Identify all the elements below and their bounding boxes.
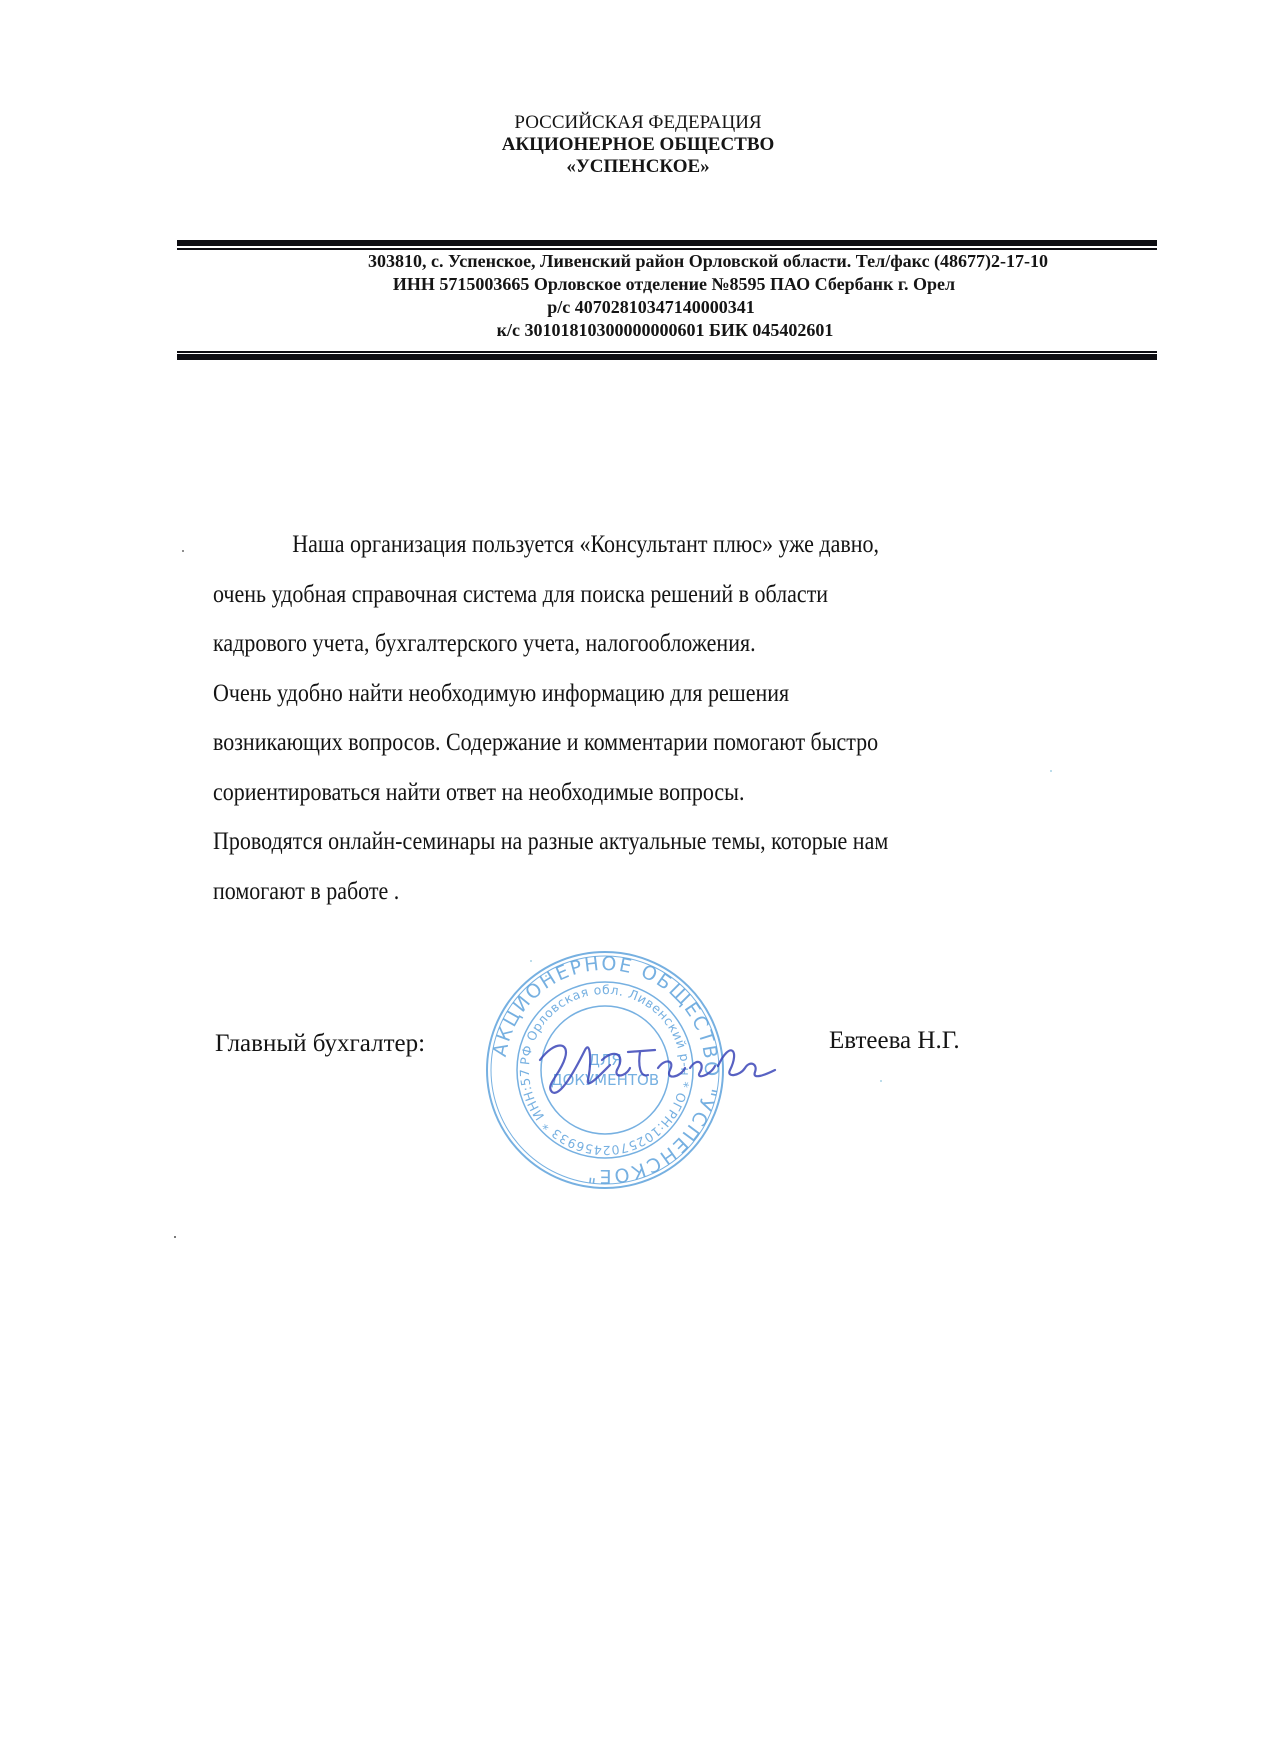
letterhead: РОССИЙСКАЯ ФЕДЕРАЦИЯ АКЦИОНЕРНОЕ ОБЩЕСТВ…: [0, 112, 1276, 178]
signatory-position: Главный бухгалтер:: [215, 1030, 425, 1058]
bottom-rule-thin: [177, 351, 1157, 353]
org-type-line: АКЦИОНЕРНОЕ ОБЩЕСТВО: [0, 134, 1276, 156]
scan-speck: [880, 1080, 882, 1082]
scan-speck: [530, 960, 532, 962]
bottom-rule-thick: [177, 354, 1157, 360]
body-line: помогают в работе .: [213, 867, 1137, 917]
body-line: Проводятся онлайн-семинары на разные акт…: [213, 817, 1137, 867]
address-line: 303810, с. Успенское, Ливенский район Ор…: [259, 250, 1157, 273]
body-line: возникающих вопросов. Содержание и комме…: [213, 718, 1137, 768]
body-line: сориентироваться найти ответ на необходи…: [213, 768, 1137, 818]
scan-speck: [174, 1236, 176, 1238]
body-line: кадрового учета, бухгалтерского учета, н…: [213, 619, 1137, 669]
body-line: очень удобная справочная система для пои…: [213, 570, 1137, 620]
body-line: Очень удобно найти необходимую информаци…: [213, 669, 1137, 719]
scan-speck: [545, 975, 547, 977]
scan-speck: [1050, 770, 1052, 772]
inn-bank-line: ИНН 5715003665 Орловское отделение №8595…: [191, 273, 1157, 296]
account-line: р/с 40702810347140000341: [145, 296, 1157, 319]
country-line: РОССИЙСКАЯ ФЕДЕРАЦИЯ: [0, 112, 1276, 134]
body-line: Наша организация пользуется «Консультант…: [213, 520, 1137, 570]
requisites-block: 303810, с. Успенское, Ливенский район Ор…: [177, 250, 1157, 342]
org-name-line: «УСПЕНСКОЕ»: [0, 156, 1276, 178]
signatory-name: Евтеева Н.Г.: [829, 1027, 960, 1055]
corr-account-line: к/с 30101810300000000601 БИК 045402601: [173, 319, 1157, 342]
handwritten-signature: [530, 1030, 780, 1110]
letter-body: Наша организация пользуется «Консультант…: [213, 520, 1137, 916]
top-rule-thick: [177, 240, 1157, 246]
scan-speck: [182, 550, 184, 552]
